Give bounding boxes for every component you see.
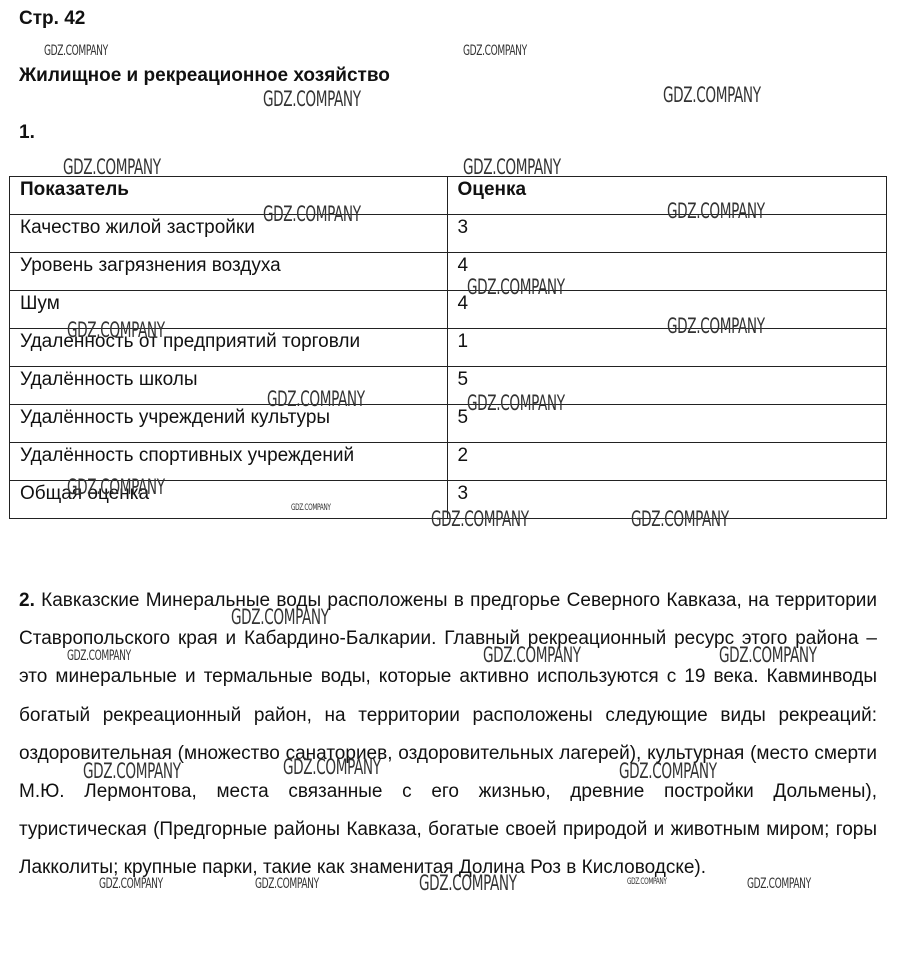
table-row: Качество жилой застройки 3 [10,215,887,253]
score-cell: 1 [447,329,886,367]
column-header-score: Оценка [447,177,886,215]
table-row: Удалённость учреждений культуры 5 [10,405,887,443]
score-cell: 5 [447,367,886,405]
score-cell: 3 [447,481,886,519]
section-title: Жилищное и рекреационное хозяйство [19,65,390,87]
indicator-cell: Удалённость школы [10,367,448,405]
table-row: Удалённость школы 5 [10,367,887,405]
indicator-cell: Общая оценка [10,481,448,519]
task-2-text: Кавказские Минеральные воды расположены … [19,590,877,878]
page-number: Стр. 42 [19,8,85,30]
indicator-cell: Удаленность от предприятий торговли [10,329,448,367]
task-2-number: 2. [19,590,35,611]
indicator-cell: Удалённость учреждений культуры [10,405,448,443]
table-row: Удаленность от предприятий торговли 1 [10,329,887,367]
score-cell: 3 [447,215,886,253]
watermark: GDZ.COMPANY [663,83,761,107]
table-row: Удалённость спортивных учреждений 2 [10,443,887,481]
indicator-cell: Удалённость спортивных учреждений [10,443,448,481]
table-row-total: Общая оценка 3 [10,481,887,519]
watermark: GDZ.COMPANY [463,43,527,59]
table-header-row: Показатель Оценка [10,177,887,215]
assessment-table: Показатель Оценка Качество жилой застрой… [9,176,887,519]
score-cell: 4 [447,291,886,329]
table-row: Уровень загрязнения воздуха 4 [10,253,887,291]
column-header-indicator: Показатель [10,177,448,215]
score-cell: 4 [447,253,886,291]
watermark: GDZ.COMPANY [263,87,361,111]
score-cell: 5 [447,405,886,443]
watermark: GDZ.COMPANY [44,43,108,59]
indicator-cell: Шум [10,291,448,329]
score-cell: 2 [447,443,886,481]
task-2-answer: 2. Кавказские Минеральные воды расположе… [19,582,877,888]
indicator-cell: Качество жилой застройки [10,215,448,253]
indicator-cell: Уровень загрязнения воздуха [10,253,448,291]
table-row: Шум 4 [10,291,887,329]
task-1-number: 1. [19,122,35,144]
